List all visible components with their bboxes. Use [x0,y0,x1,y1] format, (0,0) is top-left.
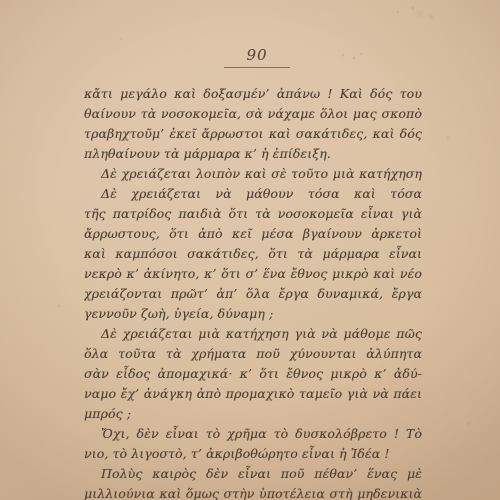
paragraph: Πολὺς καιρὸς δὲν εἶναι ποῦ πέθαν’ ἕνας μ… [84,464,422,500]
paragraph: Δὲ χρειάζεται μιὰ κατήχηση γιὰ νὰ μάθομε… [84,324,422,424]
paper-speckles [0,0,2,2]
page-number-text: 90 [246,46,267,64]
text-line: Δὲ χρειάζεται μιὰ κατήχηση γιὰ νὰ μάθομε… [84,324,422,344]
text-line: πληθαίνουν τὰ μάρμαρα κ’ ἡ ἐπίδειξη. [84,144,422,164]
text-line: Δὲ χρειάζεται λοιπὸν καὶ σὲ τοῦτο μιὰ κα… [84,164,422,184]
paragraph: κἄτι μεγάλο καὶ δοξασμέν’ ἀπάνω ! Καὶ δό… [84,84,422,164]
text-block: κἄτι μεγάλο καὶ δοξασμέν’ ἀπάνω ! Καὶ δό… [84,84,422,500]
text-line: σὰν εἶδος ἀπομαχικά· κ’ ὅτι ἔθνος μικρὸ … [84,364,422,384]
text-line: ἄρρωστους, ὅτι ἀπὸ κεῖ μέσα βγαίνουν ἀρκ… [84,224,422,244]
text-line: χρειάζονται πρῶτ’ ἀπ’ ὅλα ἔργα δυναμικά,… [84,284,422,304]
text-line: τραβηχτοῦμ’ ἐκεῖ ἄρρωστοι καὶ σακάτιδες,… [84,124,422,144]
text-line: Πολὺς καιρὸς δὲν εἶναι ποῦ πέθαν’ ἕνας μ… [84,464,422,484]
page-number: 90 [224,46,290,68]
paragraph: Ὄχι, δὲν εἶναι τὸ χρῆμα τὸ δυσκολόβρετο … [84,424,422,464]
text-line: θαίνουν τὰ νοσοκομεῖα, σὰ νάχαμε ὅλοι μα… [84,104,422,124]
text-line: μιλλιούνια καὶ ὅμως στὴν ὑποτέλεια στὴ μ… [84,484,422,500]
paragraph: Δὲ χρειάζεται λοιπὸν καὶ σὲ τοῦτο μιὰ κα… [84,164,422,184]
text-line: νιο, τὸ λιγοστὸ, τ’ ἀκριβοθώρητο εἶναι ἡ… [84,444,422,464]
text-line: τῆς πατρίδος παιδιὰ ὅτι τὰ νοσοκομεῖα εἶ… [84,204,422,224]
text-line: Δὲ χρειάζεται νὰ μάθουν τόσα καὶ τόσα με… [84,184,422,204]
text-line: γεννοῦν ζωὴ, ὑγεία, δύναμη ; [84,304,422,324]
text-line: Ὄχι, δὲν εἶναι τὸ χρῆμα τὸ δυσκολόβρετο … [84,424,422,444]
text-line: νεκρὸ κ’ ἀκίνητο, κ’ ὅτι σ’ ἕνα ἔθνος μι… [84,264,422,284]
text-line: ναμο ἔχ’ ἀνάγκη ἀπὸ προμαχικὸ ταμεῖο γιὰ… [84,384,422,404]
text-line: κἄτι μεγάλο καὶ δοξασμέν’ ἀπάνω ! Καὶ δό… [84,84,422,104]
book-page: 90 κἄτι μεγάλο καὶ δοξασμέν’ ἀπάνω ! Καὶ… [0,0,500,500]
text-line: ὅλα τοῦτα τὰ χρήματα ποῦ χύνουνται ἀλύπη… [84,344,422,364]
text-line: μπρός ; [84,404,422,424]
text-line: καὶ καμπόσοι σακάτιδες, ὅτι τὰ μάρμαρα ε… [84,244,422,264]
paragraph: Δὲ χρειάζεται νὰ μάθουν τόσα καὶ τόσα με… [84,184,422,324]
